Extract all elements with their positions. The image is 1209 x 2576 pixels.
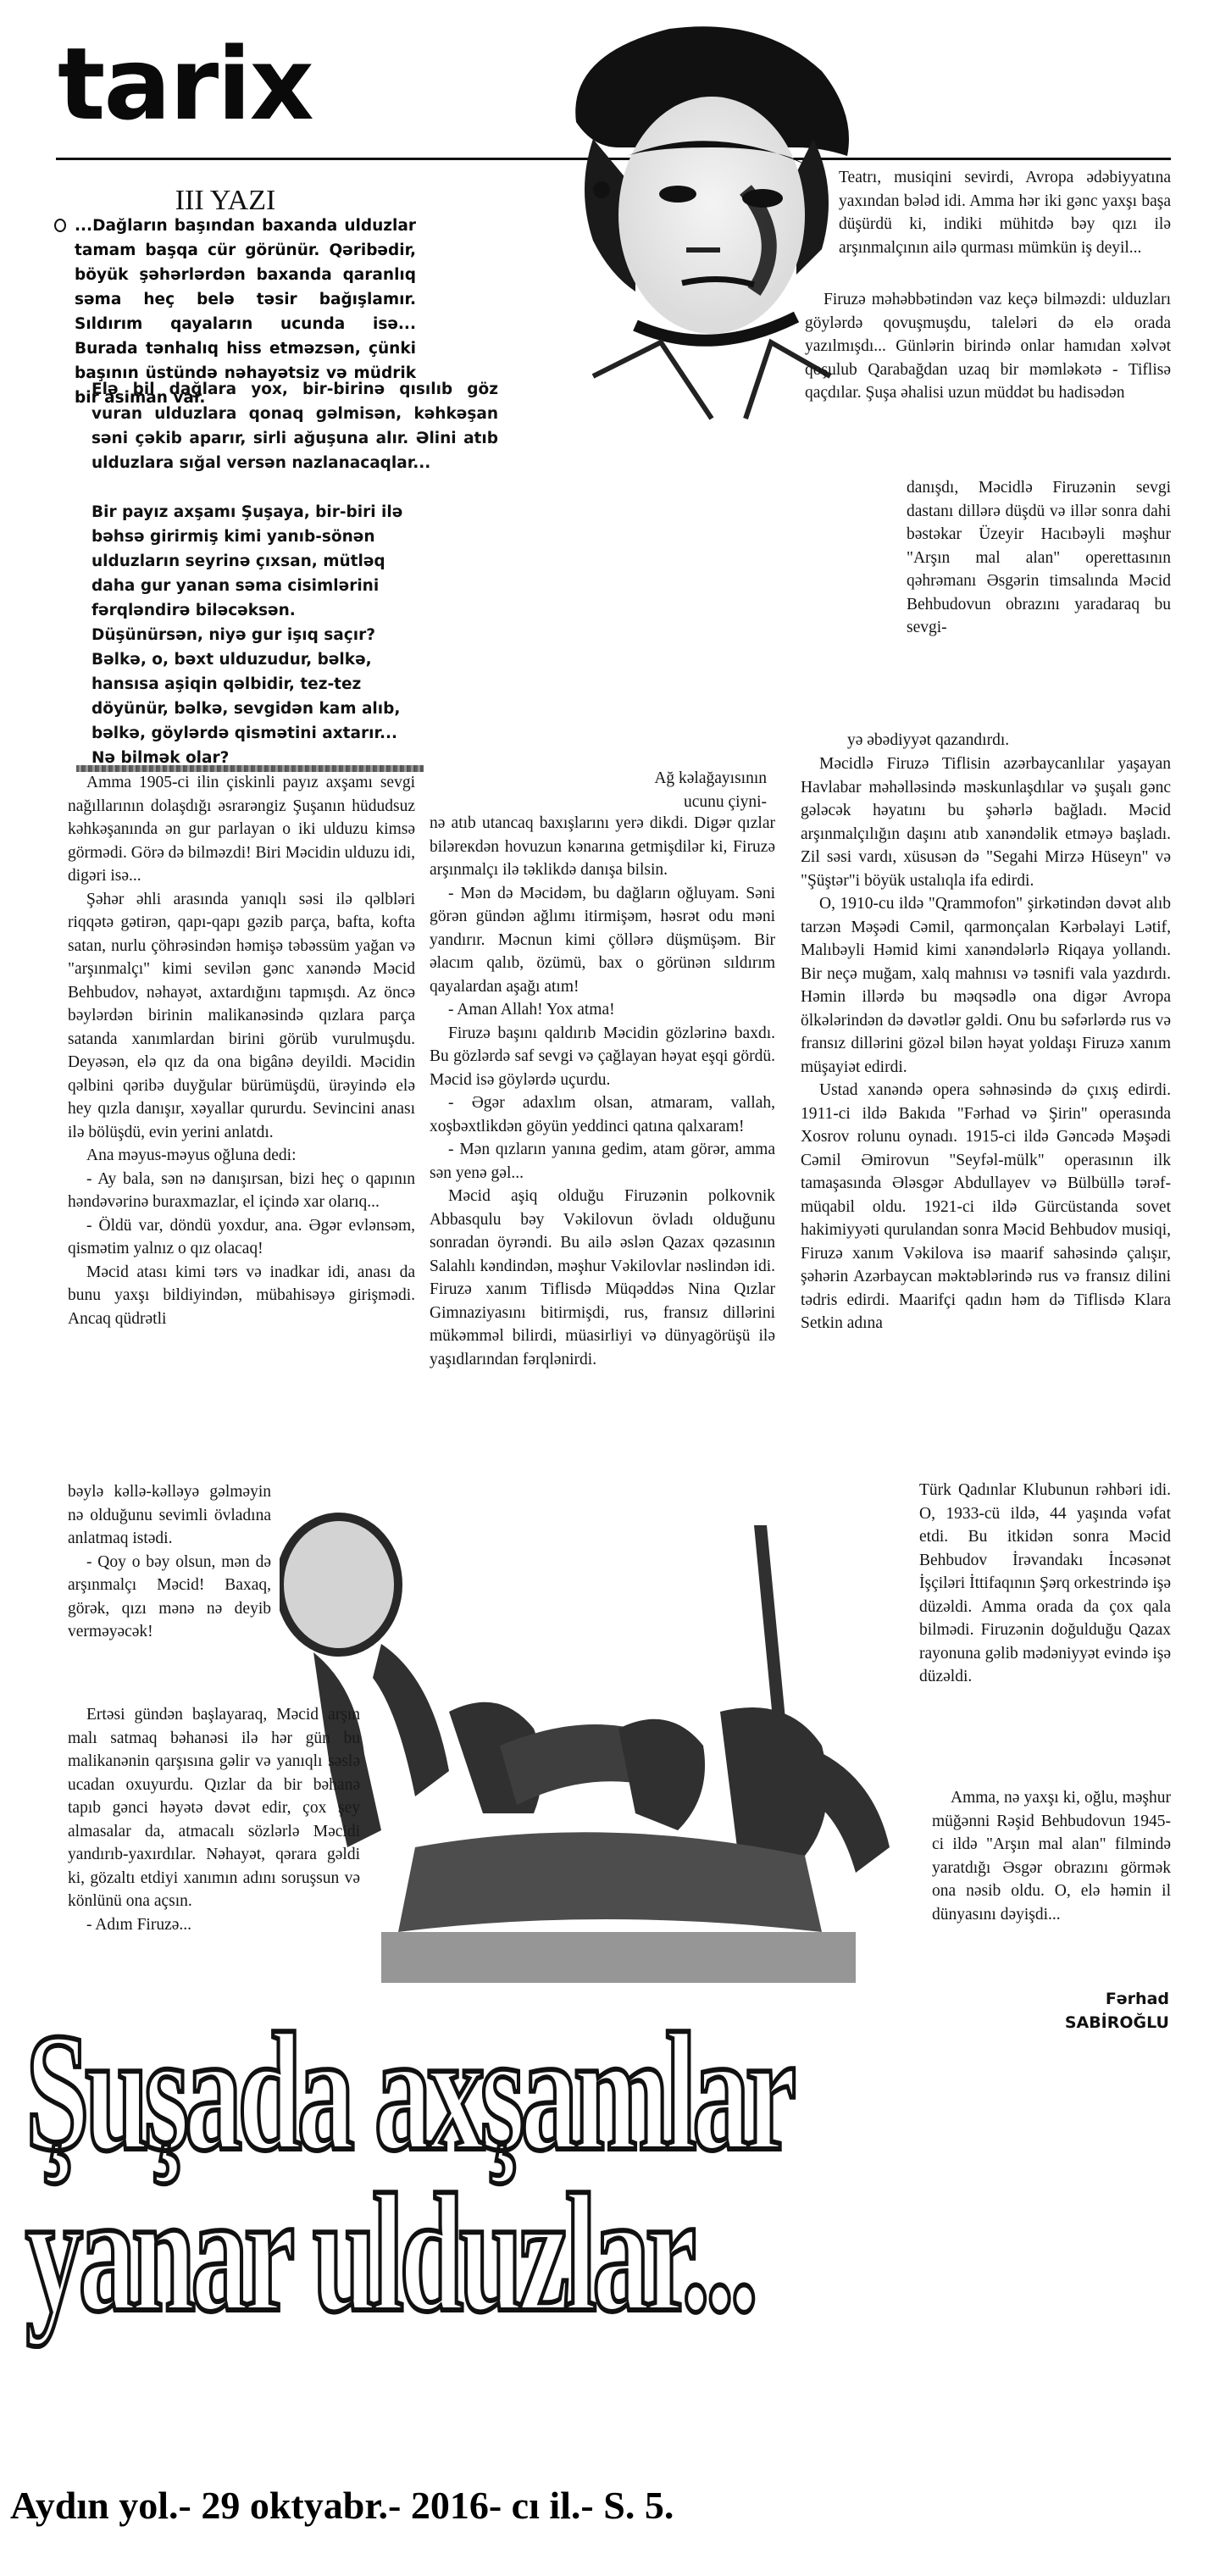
paragraph: Ustad xanəndə opera səhnəsində də çıxış …: [801, 1079, 1171, 1335]
paragraph: Məcidlə Firuzə Tiflisin azərbaycanlılar …: [801, 752, 1171, 892]
sculpture-photo: [280, 1491, 923, 2000]
sculpture-image-icon: [280, 1491, 923, 2000]
paragraph: Şəhər əhli arasında yanıqlı səsi ilə qəl…: [68, 888, 415, 1145]
headline: Şuşada axşamlar yanar ulduzlar...: [25, 2012, 820, 2334]
source-citation: Aydın yol.- 29 oktyabr.- 2016- cı il.- S…: [10, 2483, 674, 2528]
paragraph: nə atıb utancaq baxışlarını yerə dikdi. …: [430, 812, 775, 882]
column-3-e: Türk Qadınlar Klubunun rəhbəri idi. O, 1…: [919, 1479, 1171, 1689]
paragraph: Ana məyus-məyus oğluna dedi:: [68, 1144, 415, 1168]
intro-text-2: Elə bil dağlara yox, bir-birinə qısılıb …: [92, 377, 498, 475]
paragraph: O, 1910-cu ildə "Qrammofon" şirkətindən …: [801, 892, 1171, 1079]
paragraph: bəylə kəllə-kəlləyə gəlməyin nə olduğunu…: [68, 1480, 271, 1551]
column-3-d: Məcidlə Firuzə Tiflisin azərbaycanlılar …: [801, 752, 1171, 1335]
column-3-f: Amma, nə yaxşı ki, oğlu, məşhur müğənni …: [932, 1786, 1171, 1926]
column-3-b: danışdı, Məcidlə Firuzənin sevgi dastanı…: [907, 476, 1171, 640]
paragraph: Amma 1905-ci ilin çiskinli payız axşamı …: [68, 771, 415, 888]
section-title: tarix: [58, 34, 313, 134]
dialogue-line: - Ay bala, sən nə danışırsan, bizi heç o…: [68, 1168, 415, 1214]
paragraph: Firuzə məhəbbətindən vaz keçə bilməzdi: …: [805, 288, 1171, 405]
intro-paragraph-2: Elə bil dağlara yox, bir-birinə qısılıb …: [92, 377, 498, 475]
paragraph: Məcid aşiq olduğu Firuzənin polkovnik Ab…: [430, 1185, 775, 1371]
column-3-top: Teatrı, musiqini sevirdi, Avropa ədəbiyy…: [839, 166, 1171, 259]
dialogue-line: - Əgər adaxlım olsan, atmaram, vallah, x…: [430, 1091, 775, 1138]
headline-line-2: yanar ulduzlar...: [25, 2173, 820, 2334]
paragraph: Məcid atası kimi tərs və inadkar idi, an…: [68, 1261, 415, 1331]
headline-line-1: Şuşada axşamlar: [25, 2012, 820, 2173]
dialogue-line: - Aman Allah! Yox atma!: [430, 998, 775, 1022]
paragraph: yə əbədiyyət qazandırdı.: [847, 729, 1169, 752]
author-last-name: SABİROĞLU: [1051, 2011, 1169, 2035]
column-3-c: yə əbədiyyət qazandırdı.: [847, 729, 1169, 752]
intro-text-3: Bir payız axşamı Şuşaya, bir-biri ilə bə…: [92, 500, 405, 770]
author-first-name: Fərhad: [1051, 1987, 1169, 2011]
dialogue-line: - Mən də Məcidəm, bu dağların oğluyam. S…: [430, 882, 775, 999]
byline: Fərhad SABİROĞLU: [1051, 1987, 1169, 2035]
dialogue-line: - Mən qızların yanına gedim, atam görər,…: [430, 1138, 775, 1185]
column-1-narrow: bəylə kəllə-kəlləyə gəlməyin nə olduğunu…: [68, 1480, 271, 1644]
paragraph: Firuzə başını qaldırıb Məcidin gözlərinə…: [430, 1022, 775, 1092]
intro-paragraph-3: Bir payız axşamı Şuşaya, bir-biri ilə bə…: [92, 500, 405, 770]
part-label: III YAZI: [56, 185, 395, 217]
column-3-a: Firuzə məhəbbətindən vaz keçə bilməzdi: …: [805, 288, 1171, 405]
paragraph: Türk Qadınlar Klubunun rəhbəri idi. O, 1…: [919, 1479, 1171, 1689]
paragraph: Teatrı, musiqini sevirdi, Avropa ədəbiyy…: [839, 166, 1171, 259]
dialogue-line: - Öldü var, döndü yoxdur, ana. Əgər evlə…: [68, 1214, 415, 1261]
bullet-circle-icon: [54, 219, 66, 232]
paragraph: danışdı, Məcidlə Firuzənin sevgi dastanı…: [907, 476, 1171, 640]
column-2: nə atıb utancaq baxışlarını yerə dikdi. …: [430, 812, 775, 1371]
dialogue-line: - Qoy o bəy olsun, mən də arşınmalçı Məc…: [68, 1551, 271, 1644]
paragraph: Amma, nə yaxşı ki, oğlu, məşhur müğənni …: [932, 1786, 1171, 1926]
column-2-top: Ağ kəlağayısının ucunu çiyni-: [614, 767, 767, 813]
column-1: Amma 1905-ci ilin çiskinli payız axşamı …: [68, 771, 415, 1330]
